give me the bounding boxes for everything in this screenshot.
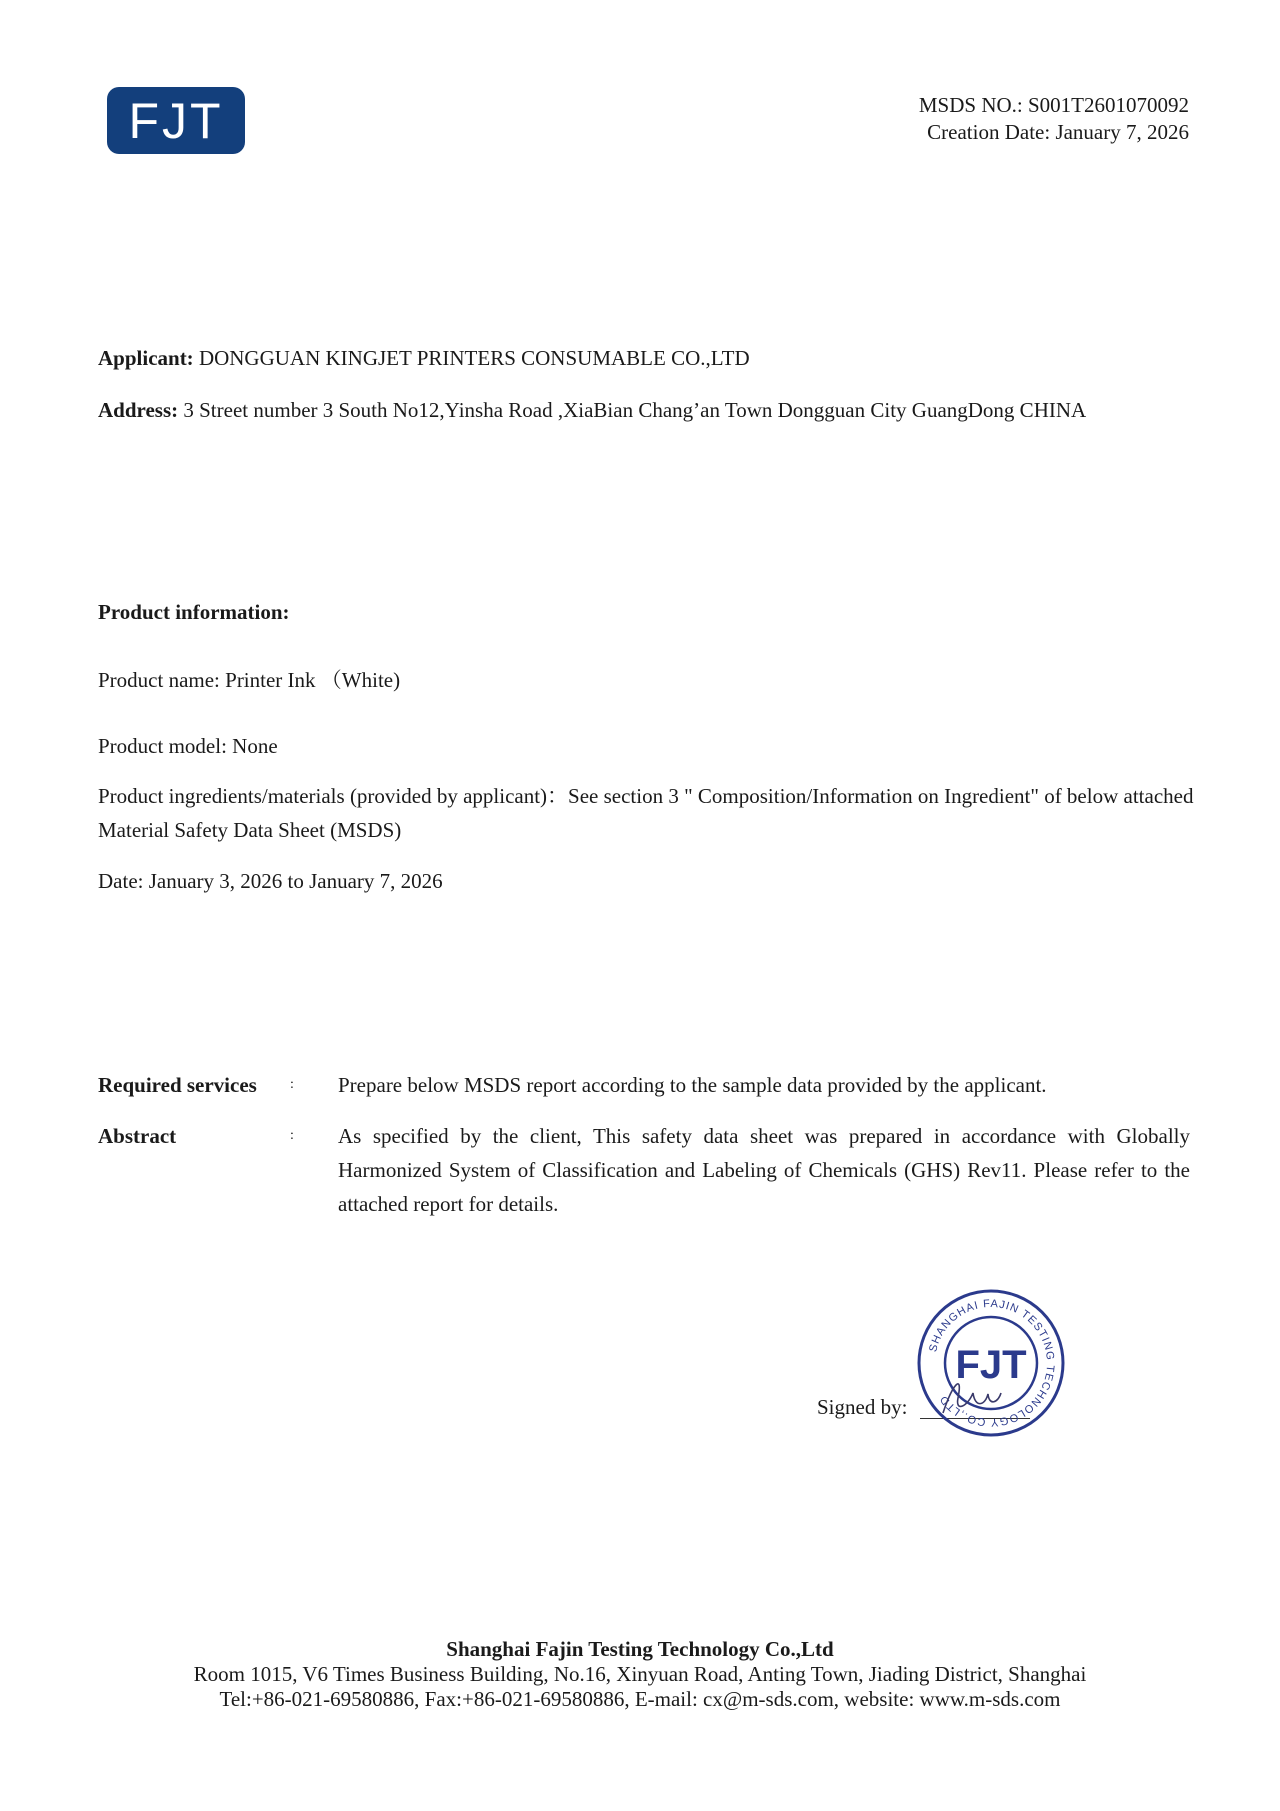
- test-date: Date: January 3, 2026 to January 7, 2026: [98, 864, 443, 898]
- svg-text:FJT: FJT: [955, 1343, 1026, 1387]
- msds-number: MSDS NO.: S001T2601070092: [919, 92, 1189, 119]
- abstract-value: As specified by the client, This safety …: [338, 1119, 1190, 1221]
- product-model: Product model: None: [98, 729, 278, 763]
- document-header: MSDS NO.: S001T2601070092 Creation Date:…: [919, 92, 1189, 146]
- product-ingredients: Product ingredients/materials (provided …: [98, 779, 1198, 847]
- footer-company: Shanghai Fajin Testing Technology Co.,Lt…: [0, 1637, 1280, 1662]
- required-services-label: Required services: [98, 1068, 290, 1102]
- logo-text: FJT: [128, 96, 223, 146]
- signed-by-label: Signed by:: [817, 1390, 907, 1424]
- applicant-value: DONGGUAN KINGJET PRINTERS CONSUMABLE CO.…: [194, 346, 750, 370]
- address-line: Address: 3 Street number 3 South No12,Yi…: [98, 393, 1086, 427]
- footer-contact: Tel:+86-021-69580886, Fax:+86-021-695808…: [0, 1687, 1280, 1712]
- address-value: 3 Street number 3 South No12,Yinsha Road…: [178, 398, 1086, 422]
- product-name: Product name: Printer Ink （White): [98, 663, 400, 697]
- applicant-label: Applicant:: [98, 346, 194, 370]
- address-label: Address:: [98, 398, 178, 422]
- abstract-label: Abstract: [98, 1119, 290, 1221]
- abstract-row: Abstract : As specified by the client, T…: [98, 1119, 1190, 1221]
- company-logo: FJT: [107, 87, 245, 154]
- separator: :: [290, 1119, 338, 1221]
- separator: :: [290, 1068, 338, 1102]
- applicant-line: Applicant: DONGGUAN KINGJET PRINTERS CON…: [98, 341, 750, 375]
- required-services-row: Required services : Prepare below MSDS r…: [98, 1068, 1190, 1102]
- creation-date: Creation Date: January 7, 2026: [919, 119, 1189, 146]
- required-services-value: Prepare below MSDS report according to t…: [338, 1068, 1190, 1102]
- product-info-heading: Product information:: [98, 595, 290, 629]
- footer-address: Room 1015, V6 Times Business Building, N…: [0, 1662, 1280, 1687]
- company-stamp-icon: SHANGHAI FAJIN TESTING TECHNOLOGY CO.,LT…: [913, 1288, 1069, 1438]
